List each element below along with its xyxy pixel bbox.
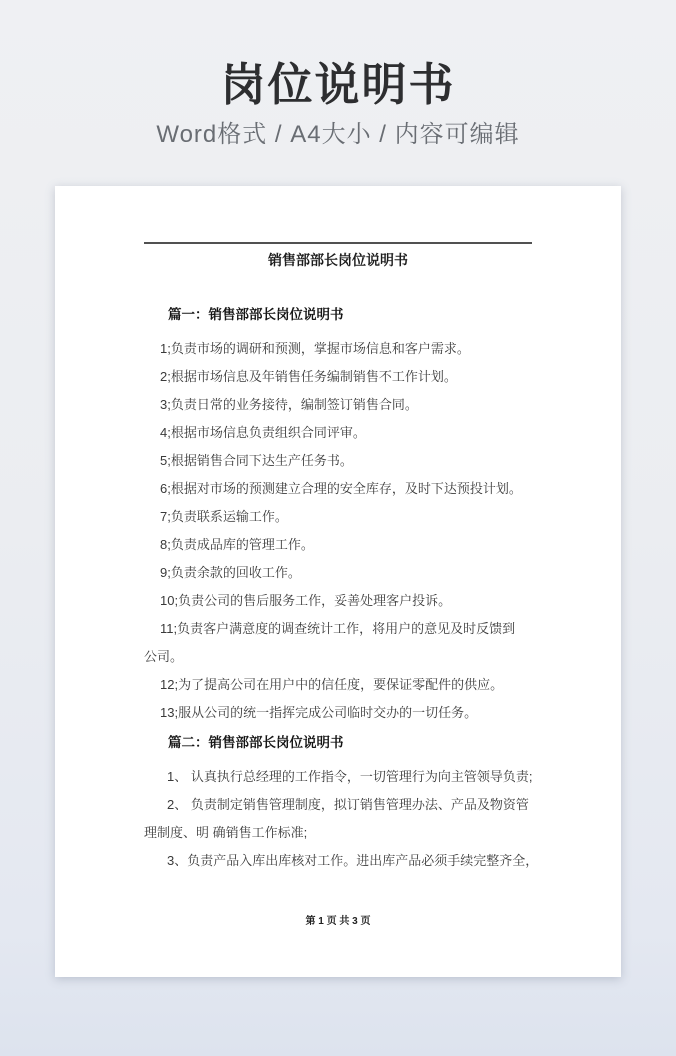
text-line: 11;负责客户满意度的调查统计工作，将用户的意见及时反馈到 <box>144 615 532 643</box>
text-line: 4;根据市场信息负责组织合同评审。 <box>144 419 532 447</box>
header-rule <box>144 242 532 244</box>
banner-title: 岗位说明书 <box>0 60 676 110</box>
banner-subtitle: Word格式 / A4大小 / 内容可编辑 <box>0 122 676 148</box>
paragraph: 2;根据市场信息及年销售任务编制销售不工作计划。 <box>144 363 532 391</box>
text-line: 理制度、明 确销售工作标准; <box>144 819 532 847</box>
paragraph: 1;负责市场的调研和预测，掌握市场信息和客户需求。 <box>144 335 532 363</box>
document-body: 篇一：销售部部长岗位说明书1;负责市场的调研和预测，掌握市场信息和客户需求。2;… <box>144 301 532 875</box>
paragraph: 1、 认真执行总经理的工作指令，一切管理行为向主管领导负责; <box>144 763 532 791</box>
paragraph: 7;负责联系运输工作。 <box>144 503 532 531</box>
page: { "banner": { "title": "岗位说明书", "subtitl… <box>0 0 676 1056</box>
document-content-area: 销售部部长岗位说明书 篇一：销售部部长岗位说明书1;负责市场的调研和预测，掌握市… <box>144 186 532 977</box>
promo-banner: 岗位说明书 Word格式 / A4大小 / 内容可编辑 <box>0 0 676 148</box>
text-line: 10;负责公司的售后服务工作，妥善处理客户投诉。 <box>144 587 532 615</box>
text-line: 12;为了提高公司在用户中的信任度，要保证零配件的供应。 <box>144 671 532 699</box>
section-heading: 篇一：销售部部长岗位说明书 <box>144 301 532 329</box>
text-line: 6;根据对市场的预测建立合理的安全库存，及时下达预投计划。 <box>144 475 532 503</box>
text-line: 篇一：销售部部长岗位说明书 <box>144 301 532 329</box>
text-line: 5;根据销售合同下达生产任务书。 <box>144 447 532 475</box>
paragraph: 8;负责成品库的管理工作。 <box>144 531 532 559</box>
text-line: 7;负责联系运输工作。 <box>144 503 532 531</box>
text-line: 2;根据市场信息及年销售任务编制销售不工作计划。 <box>144 363 532 391</box>
paragraph: 5;根据销售合同下达生产任务书。 <box>144 447 532 475</box>
paragraph: 3、负责产品入库出库核对工作。进出库产品必须手续完整齐全， <box>144 847 532 875</box>
paragraph: 9;负责余款的回收工作。 <box>144 559 532 587</box>
section-heading: 篇二：销售部部长岗位说明书 <box>144 729 532 757</box>
text-line: 9;负责余款的回收工作。 <box>144 559 532 587</box>
text-line: 篇二：销售部部长岗位说明书 <box>144 729 532 757</box>
document-page: 销售部部长岗位说明书 篇一：销售部部长岗位说明书1;负责市场的调研和预测，掌握市… <box>55 186 621 977</box>
text-line: 3、负责产品入库出库核对工作。进出库产品必须手续完整齐全， <box>144 847 532 875</box>
paragraph: 10;负责公司的售后服务工作，妥善处理客户投诉。 <box>144 587 532 615</box>
paragraph: 13;服从公司的统一指挥完成公司临时交办的一切任务。 <box>144 699 532 727</box>
document-title: 销售部部长岗位说明书 <box>144 246 532 274</box>
paragraph: 2、 负责制定销售管理制度，拟订销售管理办法、产品及物资管理制度、明 确销售工作… <box>144 791 532 847</box>
text-line: 2、 负责制定销售管理制度，拟订销售管理办法、产品及物资管 <box>144 791 532 819</box>
text-line: 1;负责市场的调研和预测，掌握市场信息和客户需求。 <box>144 335 532 363</box>
text-line: 3;负责日常的业务接待，编制签订销售合同。 <box>144 391 532 419</box>
paragraph: 12;为了提高公司在用户中的信任度，要保证零配件的供应。 <box>144 671 532 699</box>
paragraph: 4;根据市场信息负责组织合同评审。 <box>144 419 532 447</box>
paragraph: 3;负责日常的业务接待，编制签订销售合同。 <box>144 391 532 419</box>
paragraph: 11;负责客户满意度的调查统计工作，将用户的意见及时反馈到公司。 <box>144 615 532 671</box>
page-number-footer: 第 1 页 共 3 页 <box>144 914 532 930</box>
paragraph: 6;根据对市场的预测建立合理的安全库存，及时下达预投计划。 <box>144 475 532 503</box>
text-line: 8;负责成品库的管理工作。 <box>144 531 532 559</box>
text-line: 13;服从公司的统一指挥完成公司临时交办的一切任务。 <box>144 699 532 727</box>
text-line: 1、 认真执行总经理的工作指令，一切管理行为向主管领导负责; <box>144 763 532 791</box>
text-line: 公司。 <box>144 643 532 671</box>
